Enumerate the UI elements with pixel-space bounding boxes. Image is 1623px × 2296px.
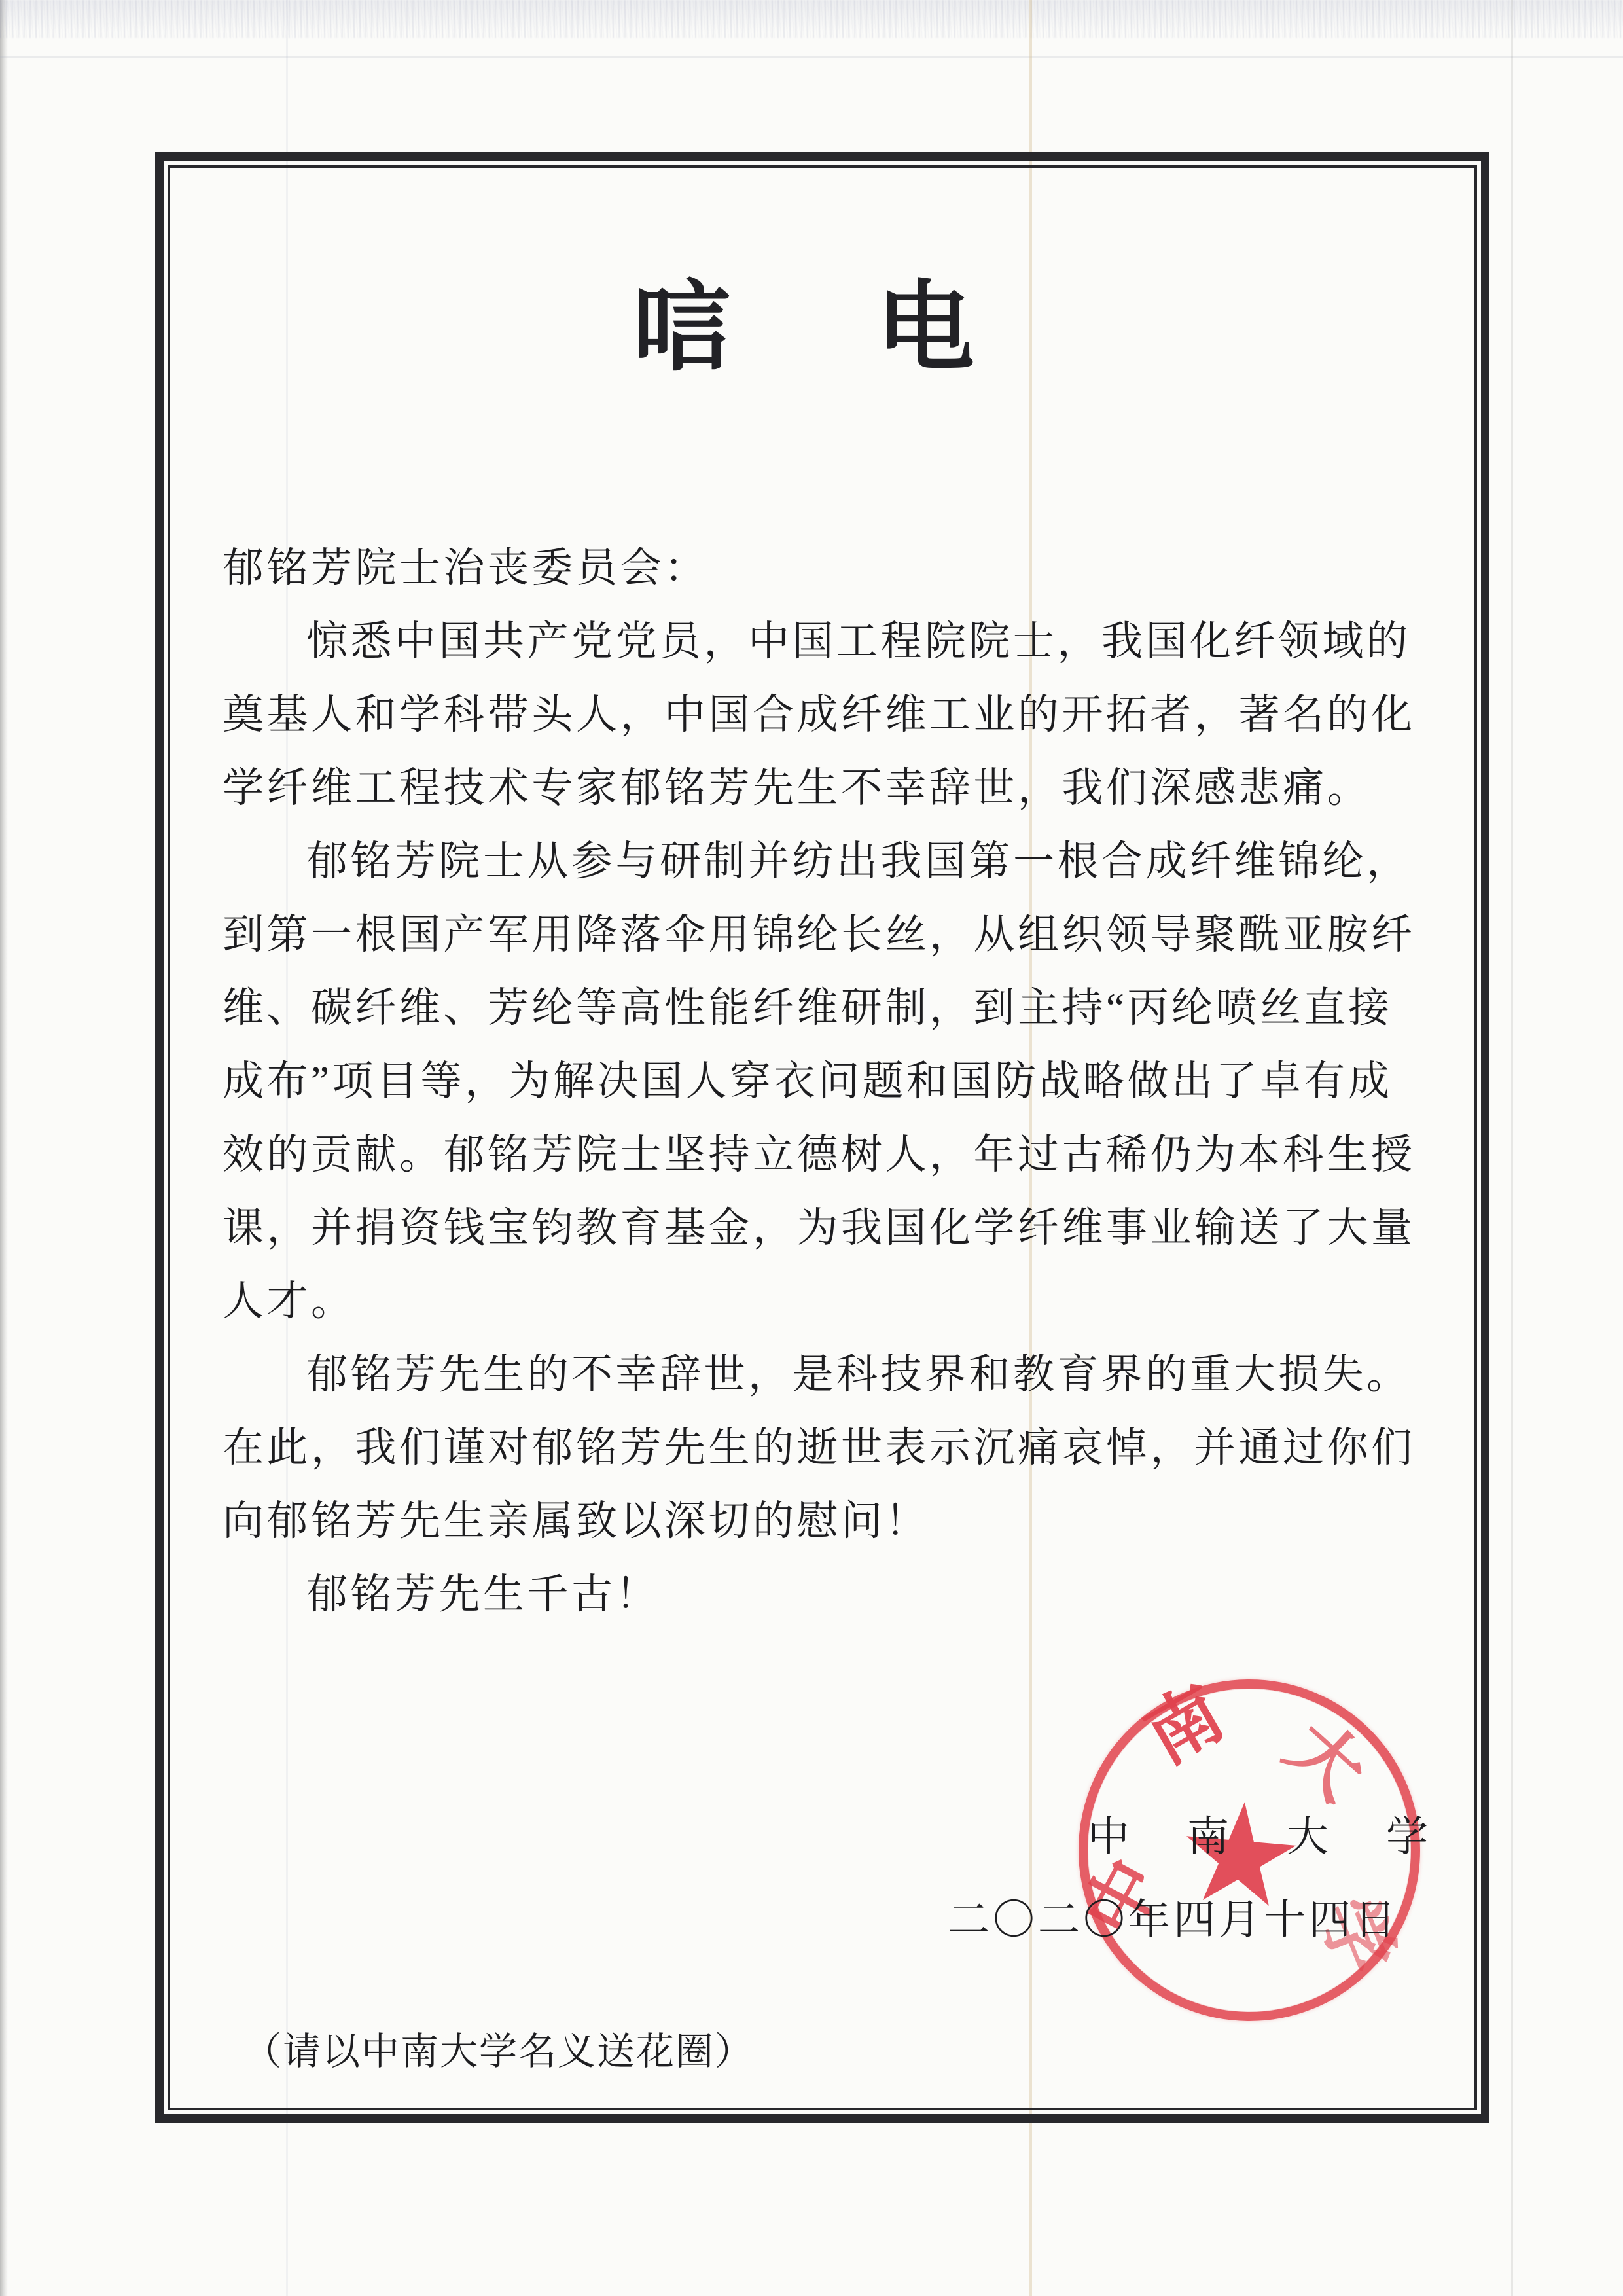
scan-horizontal-streak — [0, 56, 1623, 58]
letter-body: 郁铭芳院士治丧委员会：惊悉中国共产党党员，中国工程院院士，我国化纤领域的奠基人和… — [223, 531, 1407, 1631]
body-line: 学纤维工程技术专家郁铭芳先生不幸辞世，我们深感悲痛。 — [223, 751, 1407, 825]
body-line: 惊悉中国共产党党员，中国工程院院士，我国化纤领域的 — [223, 605, 1407, 678]
title-char-yan: 唁 — [633, 275, 731, 380]
document-title: 唁 电 — [0, 275, 1615, 380]
signature-date: 二〇二〇年四月十四日 — [948, 1897, 1399, 1944]
scanned-document-page: 唁 电 郁铭芳院士治丧委员会：惊悉中国共产党党员，中国工程院院士，我国化纤领域的… — [0, 0, 1623, 2296]
scan-top-noise — [0, 0, 1623, 38]
body-line: 奠基人和学科带头人，中国合成纤维工业的开拓者，著名的化 — [223, 678, 1407, 751]
body-line: 人才。 — [223, 1265, 1407, 1338]
body-line: 到第一根国产军用降落伞用锦纶长丝，从组织领导聚酰亚胺纤 — [223, 898, 1407, 971]
body-line: 维、碳纤维、芳纶等高性能纤维研制，到主持“丙纶喷丝直接 — [223, 971, 1407, 1045]
body-line: 课，并捐资钱宝钧教育基金，为我国化学纤维事业输送了大量 — [223, 1191, 1407, 1265]
body-line: 郁铭芳先生的不幸辞世，是科技界和教育界的重大损失。 — [223, 1338, 1407, 1411]
body-line: 成布”项目等，为解决国人穿衣问题和国防战略做出了卓有成 — [223, 1045, 1407, 1118]
body-line: 向郁铭芳先生亲属致以深切的慰问！ — [223, 1484, 1407, 1558]
body-line: 郁铭芳先生千古！ — [223, 1558, 1407, 1631]
wreath-note: （请以中南大学名义送花圈） — [243, 2030, 754, 2073]
body-line: 郁铭芳院士从参与研制并纺出我国第一根合成纤维锦纶， — [223, 825, 1407, 898]
title-char-dian: 电 — [876, 275, 974, 380]
body-line: 郁铭芳院士治丧委员会： — [223, 531, 1407, 605]
body-line: 效的贡献。郁铭芳院士坚持立德树人，年过古稀仍为本科生授 — [223, 1118, 1407, 1191]
signature-organization: 中 南 大 学 — [1088, 1814, 1452, 1860]
body-line: 在此，我们谨对郁铭芳先生的逝世表示沉痛哀悼，并通过你们 — [223, 1411, 1407, 1484]
